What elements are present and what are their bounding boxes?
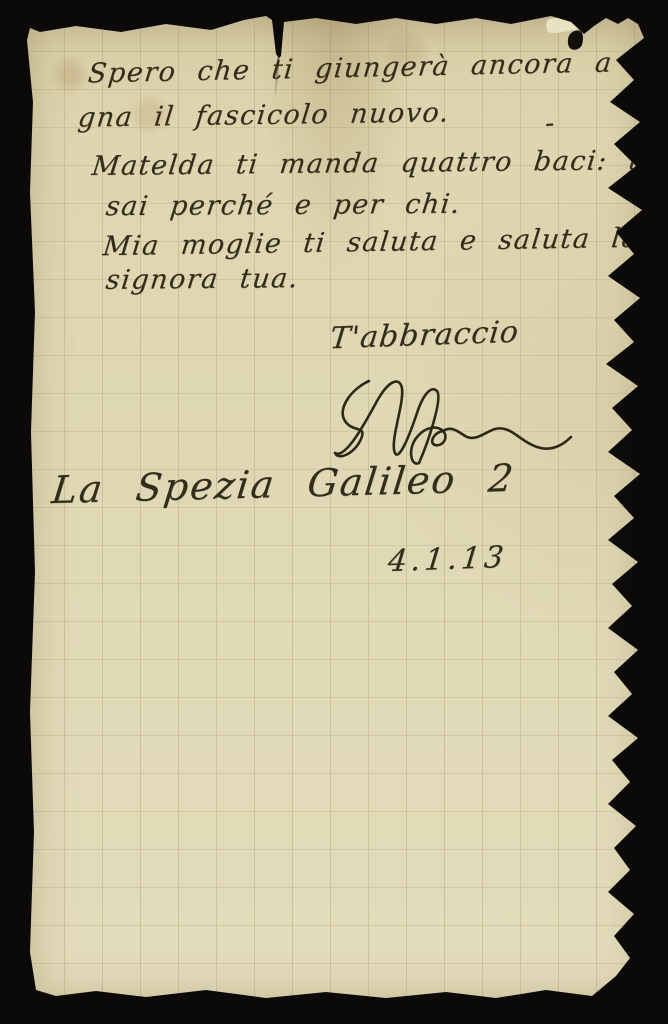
place-line: La Spezia Galileo 2 bbox=[50, 456, 518, 512]
closing-line: T'abbraccio bbox=[328, 315, 521, 357]
letter-line-5: Mia moglie ti saluta e saluta la bbox=[101, 223, 641, 262]
hyphen-mark: - bbox=[544, 108, 555, 140]
letter-line-2: gna il fascicolo nuovo. bbox=[76, 97, 451, 133]
date-line: 4.1.13 bbox=[386, 540, 509, 579]
letter-page: Spero che ti giungerà ancora a Bolo - gn… bbox=[26, 12, 644, 1002]
scan-background: Spero che ti giungerà ancora a Bolo - gn… bbox=[0, 0, 668, 1024]
letter-line-4: sai perché e per chi. bbox=[104, 189, 463, 223]
torn-paper-flap bbox=[545, 12, 593, 34]
signature-scrawl-icon bbox=[315, 375, 575, 470]
letter-line-1: Spero che ti giungerà ancora a Bolo bbox=[86, 46, 668, 90]
signature-ettore: Ettore bbox=[315, 375, 575, 470]
letter-line-3: Matelda ti manda quattro baci: tu bbox=[90, 145, 662, 182]
letter-line-6: signora tua. bbox=[104, 263, 300, 296]
